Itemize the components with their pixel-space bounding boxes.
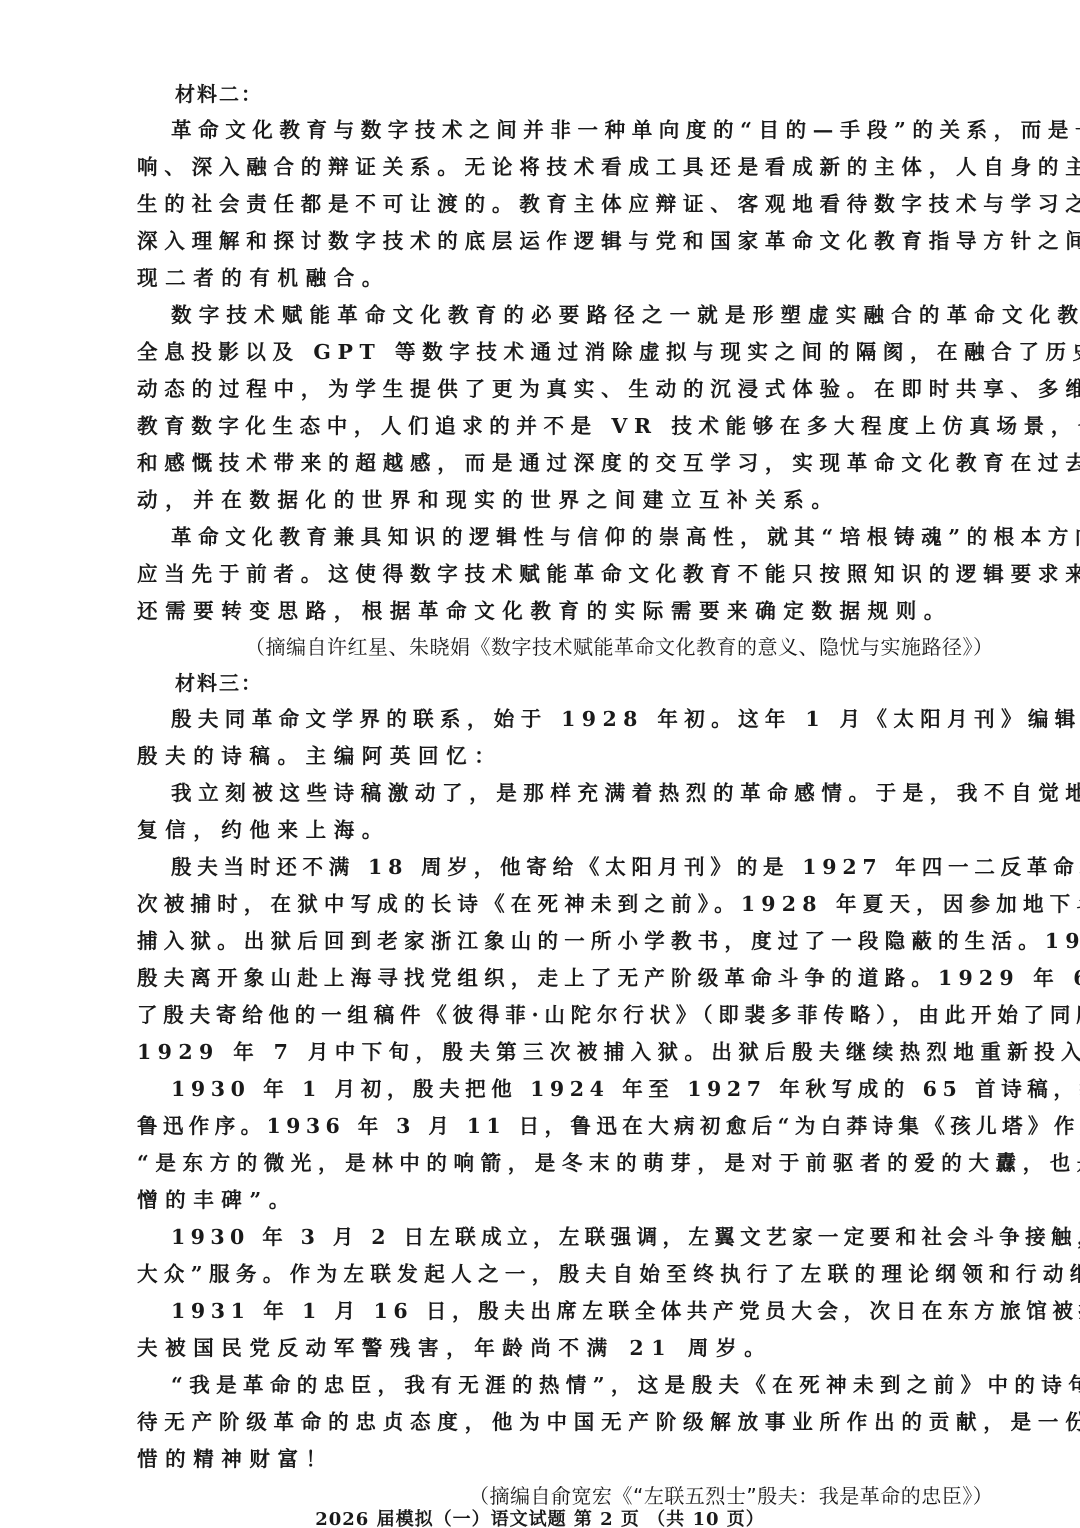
paragraph-line: 殷夫的诗稿。主编阿英回忆： <box>137 738 502 774</box>
paragraph-line: 大众”服务。作为左联发起人之一，殷夫自始至终执行了左联的理论纲领和行动纲领。 <box>137 1256 1080 1292</box>
paragraph-line: 和感慨技术带来的超越感，而是通过深度的交互学习，实现革命文化教育在过去与现在的双… <box>137 445 1080 481</box>
paragraph-line: 动，并在数据化的世界和现实的世界之间建立互补关系。 <box>137 482 840 518</box>
paragraph-line: 次被捕时，在狱中写成的长诗《在死神未到之前》。1928 年夏天，因参加地下斗争，… <box>137 886 1080 922</box>
paragraph-line: 深入理解和探讨数字技术的底层运作逻辑与党和国家革命文化教育指导方针之间的关系，从… <box>137 223 1080 259</box>
paragraph-line: 了殷夫寄给他的一组稿件《彼得菲·山陀尔行状》（即裴多菲传略），由此开始了同殷夫的… <box>137 997 1080 1033</box>
paragraph-line: 殷夫当时还不满 18 周岁，他寄给《太阳月刊》的是 1927 年四一二反革命政变… <box>171 849 1080 885</box>
paragraph-line: 憎的丰碑”。 <box>137 1182 297 1218</box>
material-2-source: （摘编自许红星、朱晓娟《数字技术赋能革命文化教育的意义、隐忧与实施路径》） <box>245 629 994 665</box>
paragraph-line: 现二者的有机融合。 <box>137 260 390 296</box>
paragraph-line: 复信，约他来上海。 <box>137 812 390 848</box>
paragraph-line: 教育数字化生态中，人们追求的并不是 VR 技术能够在多大程度上仿真场景，也不是让… <box>137 408 1080 444</box>
paragraph-line: 鲁迅作序。1936 年 3 月 11 日，鲁迅在大病初愈后“为白莽诗集《孩儿塔》… <box>137 1108 1080 1144</box>
paragraph-line: 夫被国民党反动军警残害，年龄尚不满 21 周岁。 <box>137 1330 772 1366</box>
paragraph-line: 应当先于前者。这使得数字技术赋能革命文化教育不能只按照知识的逻辑要求来制定数据规… <box>137 556 1080 592</box>
paragraph-line: “我是革命的忠臣，我有无涯的热情”，这是殷夫《在死神未到之前》中的诗句，也是他对 <box>171 1367 1080 1403</box>
paragraph-line: 革命文化教育兼具知识的逻辑性与信仰的崇高性，就其“培根铸魂”的根本方向来说，后者 <box>171 519 1080 555</box>
paragraph-line: “是东方的微光，是林中的响箭，是冬末的萌芽，是对于前驱者的爱的大纛，也是对于摧残… <box>137 1145 1080 1181</box>
paragraph-line: 殷夫同革命文学界的联系，始于 1928 年初。这年 1 月《太阳月刊》编辑部收到… <box>171 701 1080 737</box>
paragraph-line: 革命文化教育与数字技术之间并非一种单向度的“目的—手段”的关系，而是一种互相影 <box>171 112 1080 148</box>
material-3-heading: 材料三： <box>175 665 263 701</box>
paragraph-line: 响、深入融合的辩证关系。无论将技术看成工具还是看成新的主体，人自身的主体性以及随… <box>137 149 1080 185</box>
paragraph-line: 殷夫离开象山赴上海寻找党组织，走上了无产阶级革命斗争的道路。1929 年 6 中… <box>137 960 1080 996</box>
paragraph-line: 待无产阶级革命的忠贞态度，他为中国无产阶级解放事业所作出的贡献，是一份值得我们永… <box>137 1404 1080 1440</box>
paragraph-line: 动态的过程中，为学生提供了更为真实、生动的沉浸式体验。在即时共享、多维开放的革命… <box>137 371 1080 407</box>
paragraph-line: 还需要转变思路，根据革命文化教育的实际需要来确定数据规则。 <box>137 593 952 629</box>
paragraph-line: 惜的精神财富！ <box>137 1441 334 1477</box>
paragraph-line: 1930 年 1 月初，殷夫把他 1924 年至 1927 年秋写成的 65 首… <box>171 1071 1080 1107</box>
paragraph-line: 1930 年 3 月 2 日左联成立，左联强调，左翼文艺家一定要和社会斗争接触，… <box>171 1219 1080 1255</box>
paragraph-line: 1931 年 1 月 16 日，殷夫出席左联全体共产党员大会，次日在东方旅馆被捕… <box>171 1293 1080 1329</box>
page-footer: 2026 届模拟（一）语文试题 第 2 页 （共 10 页） <box>0 1505 1080 1528</box>
material-2-heading: 材料二： <box>175 76 263 112</box>
paragraph-line: 数字技术赋能革命文化教育的必要路径之一就是形塑虚实融合的革命文化教育生态。VR、 <box>171 297 1080 333</box>
paragraph-line: 1929 年 7 月中下旬，殷夫第三次被捕入狱。出狱后殷夫继续热烈地重新投入地下… <box>137 1034 1080 1070</box>
paragraph-line: 我立刻被这些诗稿激动了，是那样充满着热烈的革命感情。于是，我不自觉地提起笔，写了 <box>171 775 1080 811</box>
paragraph-line: 捕入狱。出狱后回到老家浙江象山的一所小学教书，度过了一段隐蔽的生活。1929 年… <box>137 923 1080 959</box>
paragraph-line: 全息投影以及 GPT 等数字技术通过消除虚拟与现实之间的隔阂，在融合了历史与现实… <box>137 334 1080 370</box>
paragraph-line: 生的社会责任都是不可让渡的。教育主体应辩证、客观地看待数字技术与学习之间的关系，… <box>137 186 1080 222</box>
